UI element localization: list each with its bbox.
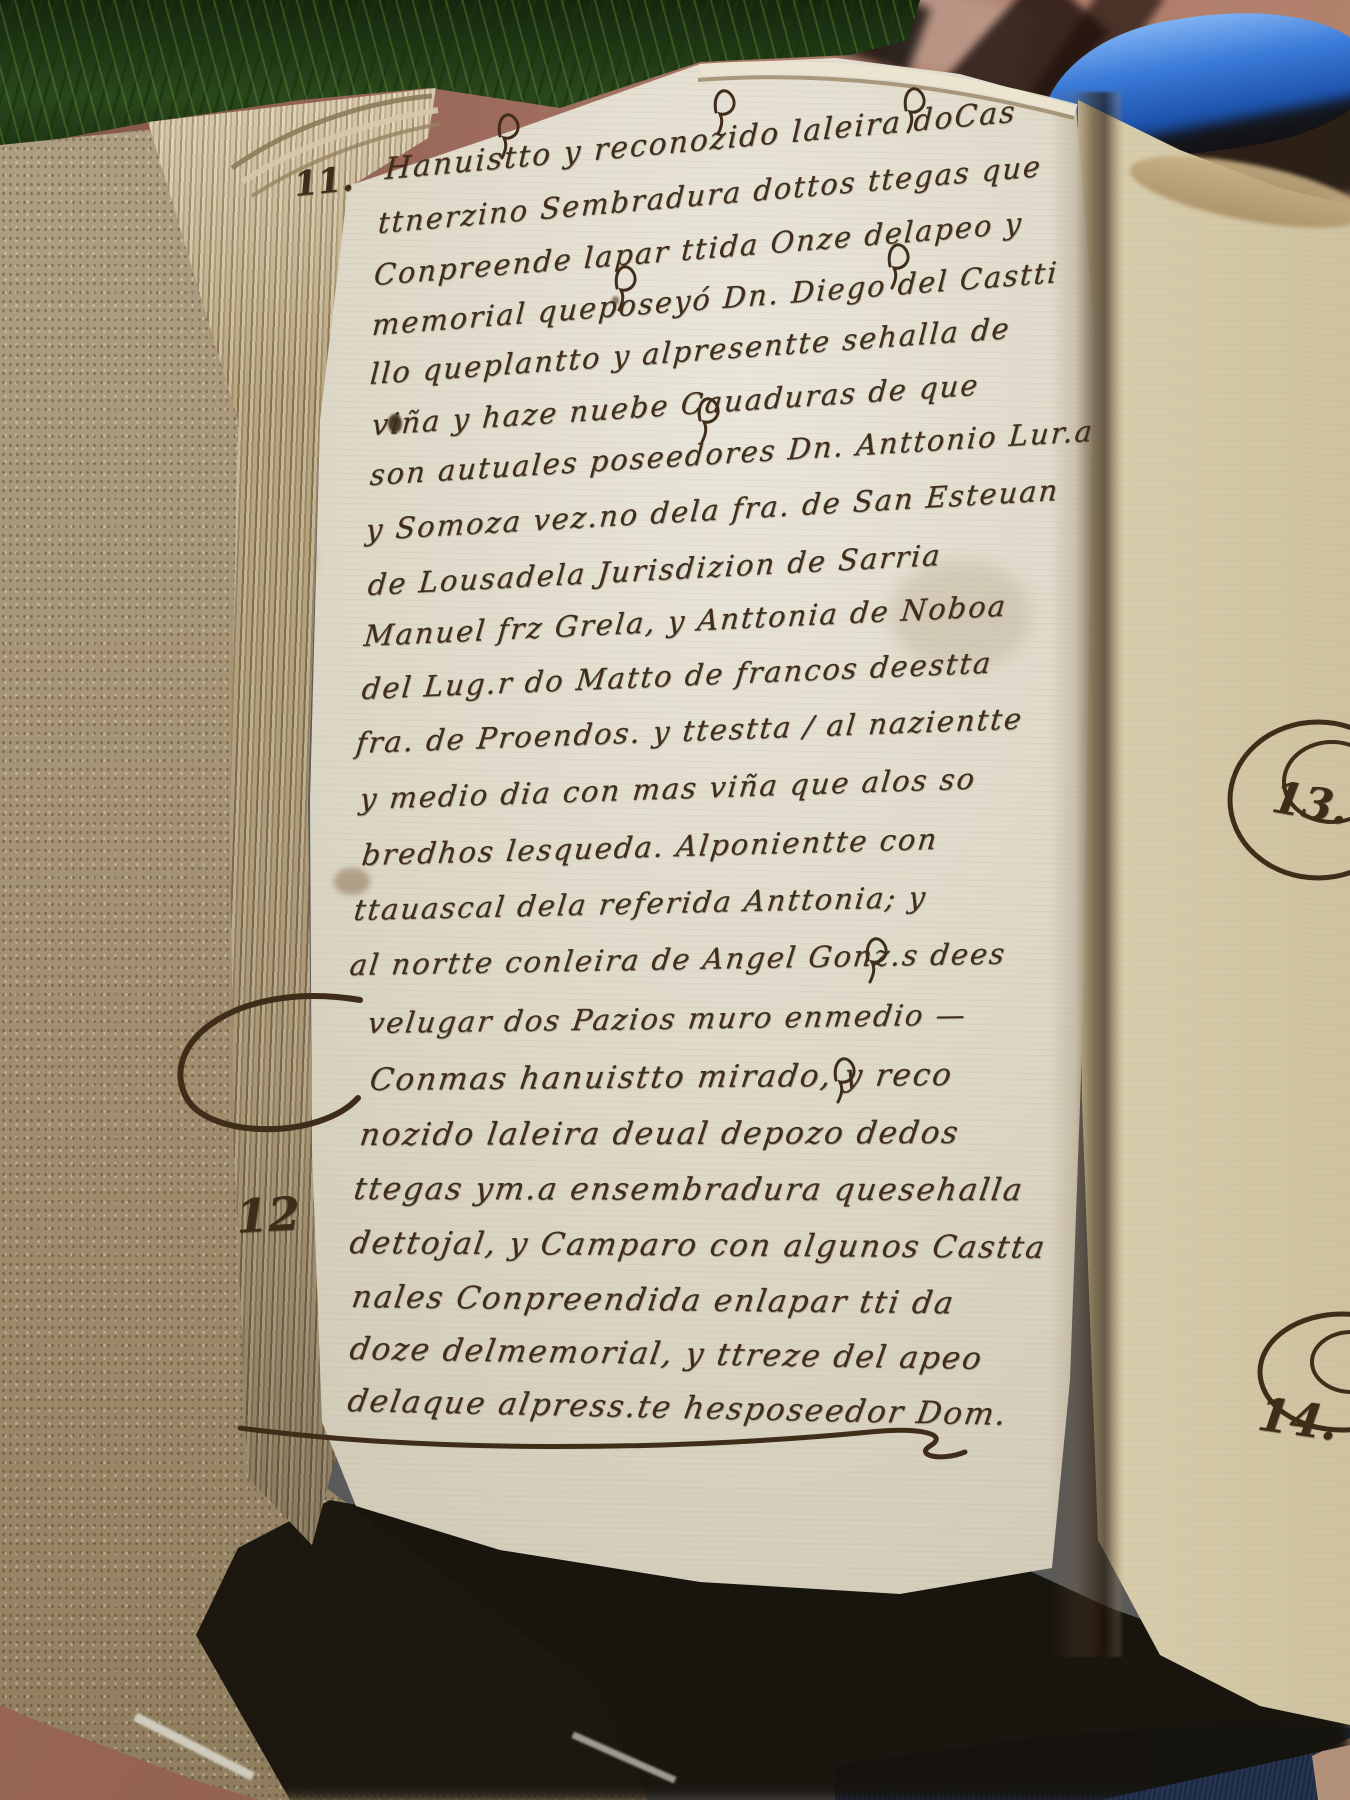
manuscript-line: del Lug.r do Matto de francos deestta [360, 645, 994, 706]
facing-page-number-13: 13. [1268, 772, 1350, 836]
manuscript-line: y medio dia con mas viña que alos so [358, 761, 978, 816]
manuscript-line: doze delmemorial, y ttreze del apeo [347, 1331, 986, 1377]
manuscript-line: bredhos lesqueda. Alponientte con [360, 822, 940, 872]
manuscript-line: fra. de Proendos. y ttestta / al nazient… [354, 701, 1025, 760]
manuscript-line: dettojal, y Camparo con algunos Castta [347, 1225, 1048, 1266]
manuscript-text: 11. 12 Hanuistto y reconozido laleira do… [0, 0, 1350, 1800]
manuscript-line: delaque alpress.te hesposeedor Dom. [345, 1383, 1010, 1433]
manuscript-line: ttegas ym.a ensembradura quesehalla [351, 1171, 1026, 1208]
manuscript-line: nales Conpreendida enlapar tti da [349, 1279, 957, 1321]
manuscript-line: Conmas hanuistto mirado, y reco [368, 1057, 956, 1098]
margin-number-11: 11. [292, 159, 355, 205]
margin-number-12: 12 [235, 1186, 302, 1243]
manuscript-line: ttauascal dela referida Anttonia; y [352, 880, 929, 927]
manuscript-line: de Lousadela Jurisdizion de Sarria [367, 538, 944, 602]
manuscript-line: nozido laleira deual depozo dedos [358, 1115, 962, 1153]
facing-page-number-14: 14. [1255, 1387, 1342, 1452]
manuscript-photo: 11. 12 Hanuistto y reconozido laleira do… [0, 0, 1350, 1800]
manuscript-line: Manuel frz Grela, y Anttonia de Noboa [362, 589, 1008, 654]
manuscript-line: velugar dos Pazios muro enmedio — [366, 998, 969, 1040]
manuscript-line: al nortte conleira de Angel Gonz.s dees [348, 937, 1008, 983]
